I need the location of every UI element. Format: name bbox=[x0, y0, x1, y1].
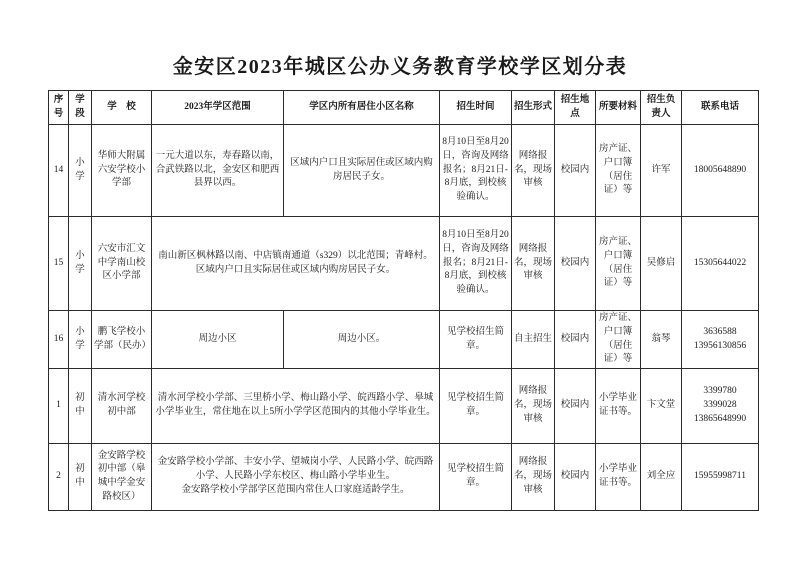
table-row: 14 小学 华师大附属六安学校小学部 一元大道以东，寿春路以南，合武铁路以北，金… bbox=[49, 125, 759, 217]
cell-stage: 初中 bbox=[69, 444, 92, 511]
cell-stage: 小学 bbox=[69, 125, 92, 217]
cell-materials: 房产证、户口簿（居住证）等 bbox=[596, 311, 641, 369]
cell-person: 吴修启 bbox=[641, 217, 682, 311]
table-header-row: 序号 学段 学 校 2023年学区范围 学区内所有居住小区名称 招生时间 招生形… bbox=[49, 91, 759, 125]
cell-materials: 房产证、户口簿（居住证）等 bbox=[596, 217, 641, 311]
cell-form: 网络报名，现场审核 bbox=[512, 125, 555, 217]
header-time: 招生时间 bbox=[440, 91, 512, 125]
cell-school: 金安路学校初中部（皋城中学金安路校区） bbox=[92, 444, 152, 511]
cell-serial: 2 bbox=[49, 444, 69, 511]
cell-location: 校园内 bbox=[555, 444, 596, 511]
cell-form: 网络报名，现场审核 bbox=[512, 444, 555, 511]
cell-scope: 周边小区 bbox=[152, 311, 284, 369]
cell-serial: 16 bbox=[49, 311, 69, 369]
cell-scope-communities: 南山新区枫林路以南、中店镇南通道（s329）以北范围；青峰村。区域内户口且实际居… bbox=[152, 217, 440, 311]
cell-serial: 14 bbox=[49, 125, 69, 217]
cell-school: 清水河学校初中部 bbox=[92, 369, 152, 444]
cell-scope: 一元大道以东，寿春路以南，合武铁路以北，金安区和肥西县界以西。 bbox=[152, 125, 284, 217]
cell-location: 校园内 bbox=[555, 217, 596, 311]
cell-location: 校园内 bbox=[555, 369, 596, 444]
cell-time: 见学校招生简章。 bbox=[440, 369, 512, 444]
cell-serial: 1 bbox=[49, 369, 69, 444]
table-row: 16 小学 鹏飞学校小学部（民办） 周边小区 周边小区。 见学校招生简章。 自主… bbox=[49, 311, 759, 369]
document-page: 金安区2023年城区公办义务教育学校学区划分表 序号 学段 学 校 2023年学… bbox=[0, 0, 800, 565]
header-serial: 序号 bbox=[49, 91, 69, 125]
cell-time: 8月10日至8月20日，咨询及网络报名；8月21日-8月底，到校核验确认。 bbox=[440, 125, 512, 217]
table-row: 1 初中 清水河学校初中部 清水河学校小学部、三里桥小学、梅山路小学、皖西路小学… bbox=[49, 369, 759, 444]
cell-materials: 小学毕业证书等。 bbox=[596, 369, 641, 444]
cell-form: 自主招生 bbox=[512, 311, 555, 369]
header-materials: 所要材料 bbox=[596, 91, 641, 125]
header-scope: 2023年学区范围 bbox=[152, 91, 284, 125]
cell-phone: 3399780 3399028 13865648990 bbox=[682, 369, 759, 444]
cell-materials: 房产证、户口簿（居住证）等 bbox=[596, 125, 641, 217]
header-person: 招生负责人 bbox=[641, 91, 682, 125]
header-form: 招生形式 bbox=[512, 91, 555, 125]
cell-phone: 15955998711 bbox=[682, 444, 759, 511]
table-row: 15 小学 六安市汇文中学南山校区小学部 南山新区枫林路以南、中店镇南通道（s3… bbox=[49, 217, 759, 311]
cell-person: 刘全应 bbox=[641, 444, 682, 511]
cell-time: 8月10日至8月20日，咨询及网络报名；8月21日-8月底，到校核验确认。 bbox=[440, 217, 512, 311]
cell-communities: 周边小区。 bbox=[284, 311, 440, 369]
cell-stage: 小学 bbox=[69, 311, 92, 369]
cell-school: 华师大附属六安学校小学部 bbox=[92, 125, 152, 217]
cell-person: 卞文堂 bbox=[641, 369, 682, 444]
header-phone: 联系电话 bbox=[682, 91, 759, 125]
header-location: 招生地点 bbox=[555, 91, 596, 125]
cell-stage: 初中 bbox=[69, 369, 92, 444]
cell-serial: 15 bbox=[49, 217, 69, 311]
cell-scope-communities: 金安路学校小学部、丰安小学、望城岗小学、人民路小学、皖西路小学、人民路小学东校区… bbox=[152, 444, 440, 511]
cell-person: 翁琴 bbox=[641, 311, 682, 369]
cell-person: 许军 bbox=[641, 125, 682, 217]
cell-scope-communities: 清水河学校小学部、三里桥小学、梅山路小学、皖西路小学、皋城小学毕业生，常住地在以… bbox=[152, 369, 440, 444]
cell-communities: 区域内户口且实际居住或区域内购房居民子女。 bbox=[284, 125, 440, 217]
page-title: 金安区2023年城区公办义务教育学校学区划分表 bbox=[0, 50, 800, 79]
cell-form: 网络报名，现场审核 bbox=[512, 369, 555, 444]
cell-time: 见学校招生简章。 bbox=[440, 444, 512, 511]
header-stage: 学段 bbox=[69, 91, 92, 125]
cell-location: 校园内 bbox=[555, 311, 596, 369]
table-row: 2 初中 金安路学校初中部（皋城中学金安路校区） 金安路学校小学部、丰安小学、望… bbox=[49, 444, 759, 511]
cell-phone: 15305644022 bbox=[682, 217, 759, 311]
header-communities: 学区内所有居住小区名称 bbox=[284, 91, 440, 125]
cell-time: 见学校招生简章。 bbox=[440, 311, 512, 369]
cell-phone: 3636588 13956130856 bbox=[682, 311, 759, 369]
cell-school: 六安市汇文中学南山校区小学部 bbox=[92, 217, 152, 311]
cell-stage: 小学 bbox=[69, 217, 92, 311]
school-district-table: 序号 学段 学 校 2023年学区范围 学区内所有居住小区名称 招生时间 招生形… bbox=[48, 90, 759, 511]
cell-school: 鹏飞学校小学部（民办） bbox=[92, 311, 152, 369]
header-school: 学 校 bbox=[92, 91, 152, 125]
cell-location: 校园内 bbox=[555, 125, 596, 217]
cell-form: 网络报名，现场审核 bbox=[512, 217, 555, 311]
cell-materials: 小学毕业证书等。 bbox=[596, 444, 641, 511]
cell-phone: 18005648890 bbox=[682, 125, 759, 217]
